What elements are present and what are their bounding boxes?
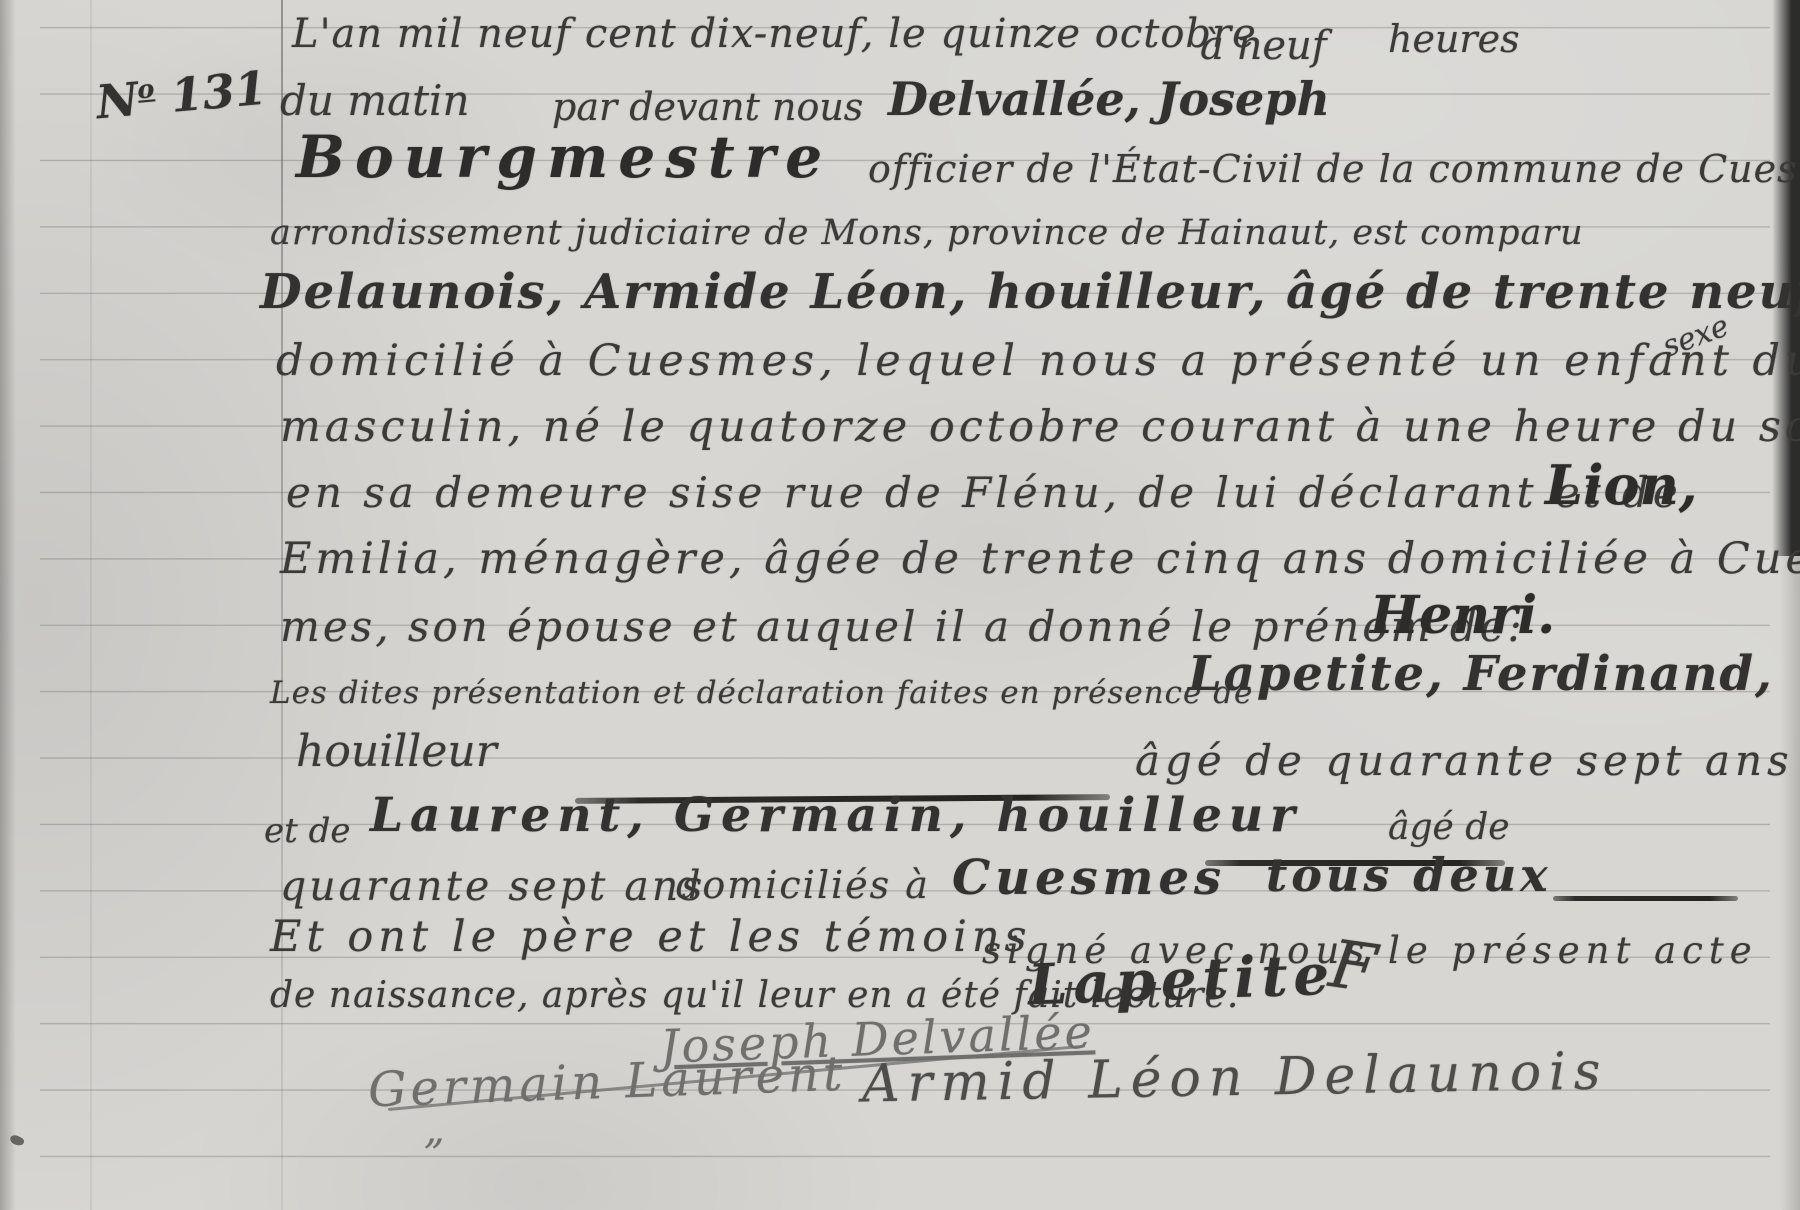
record-number-ordinal: o [136,73,155,104]
line6-domicilie: domicilié à Cuesmes, lequel nous a prése… [276,340,1800,383]
line2-officer-name: Delvallée, Joseph [888,76,1330,122]
signature-lapetite: Lapetite [1027,947,1336,1014]
line14-domicilies: domiciliés à [676,866,930,904]
line12-age-witness1: âgé de quarante sept ans [1135,740,1794,782]
line8-demeure: en sa demeure sise rue de Flénu, de lui … [286,472,1682,514]
line13-et-de: et de [264,814,350,848]
line2-devant-nous: par devant nous [552,88,863,126]
line4-arrondissement: arrondissement judiciaire de Mons, provi… [270,216,1584,251]
record-number-n: N [94,72,141,129]
line13-age-de: âgé de [1388,810,1510,846]
line1-heures: heures [1388,20,1520,58]
page-right-edge-light [1780,556,1800,1210]
page-crease-line [90,0,92,1210]
line2-du-matin: du matin [280,80,470,122]
line15-pere-temoins: Et ont le père et les témoins [270,916,1032,959]
line7-masculin: masculin, né le quatorze octobre courant… [280,406,1800,449]
signature-armid-leon-delaunois: Armid Léon Delaunois [862,1045,1609,1110]
signature-lapetite-paraph: F [1326,931,1381,1003]
signature-germain-laurent: Germain Laurent [367,1050,847,1115]
line11-witness1-name: Lapetite, Ferdinand, [1188,650,1774,698]
line10-child-firstname: Henri. [1370,590,1555,642]
line3-officier-etat-civil: officier de l'État-Civil de la commune d… [868,150,1800,188]
scanned-birth-record-page: No 131 L'an mil neuf cent dix-neuf, le q… [0,0,1800,1210]
record-number-value: 131 [169,61,269,123]
line1-hour: à neuf [1200,26,1327,66]
line9-emilia: Emilia, ménagère, âgée de trente cinq an… [280,538,1800,581]
line8-mother-surname: Lion, [1545,458,1698,512]
line1-date: L'an mil neuf cent dix-neuf, le quinze o… [292,14,1257,54]
line12-houilleur: houilleur [296,730,497,774]
record-number: No 131 [94,65,268,126]
line5-father-name: Delaunois, Armide Léon, houilleur, âgé d… [260,268,1800,316]
ink-filler-line-3 [1553,896,1738,901]
line3-bourgmestre: Bourgmestre [296,128,832,186]
line14-cuesmes: Cuesmes [952,854,1226,902]
line14-tous-deux: tous deux [1266,852,1552,898]
line10-epouse: mes, son épouse et auquel il a donné le … [280,606,1525,648]
line14-quarante-sept: quarante sept ans [280,866,705,907]
line11-presentation: Les dites présentation et déclaration fa… [270,678,1253,709]
line13-witness2-name: Laurent, Germain, houilleur [370,792,1302,839]
signature-ditto-mark: „ [424,1110,445,1150]
page-left-edge-shadow [0,0,16,1210]
